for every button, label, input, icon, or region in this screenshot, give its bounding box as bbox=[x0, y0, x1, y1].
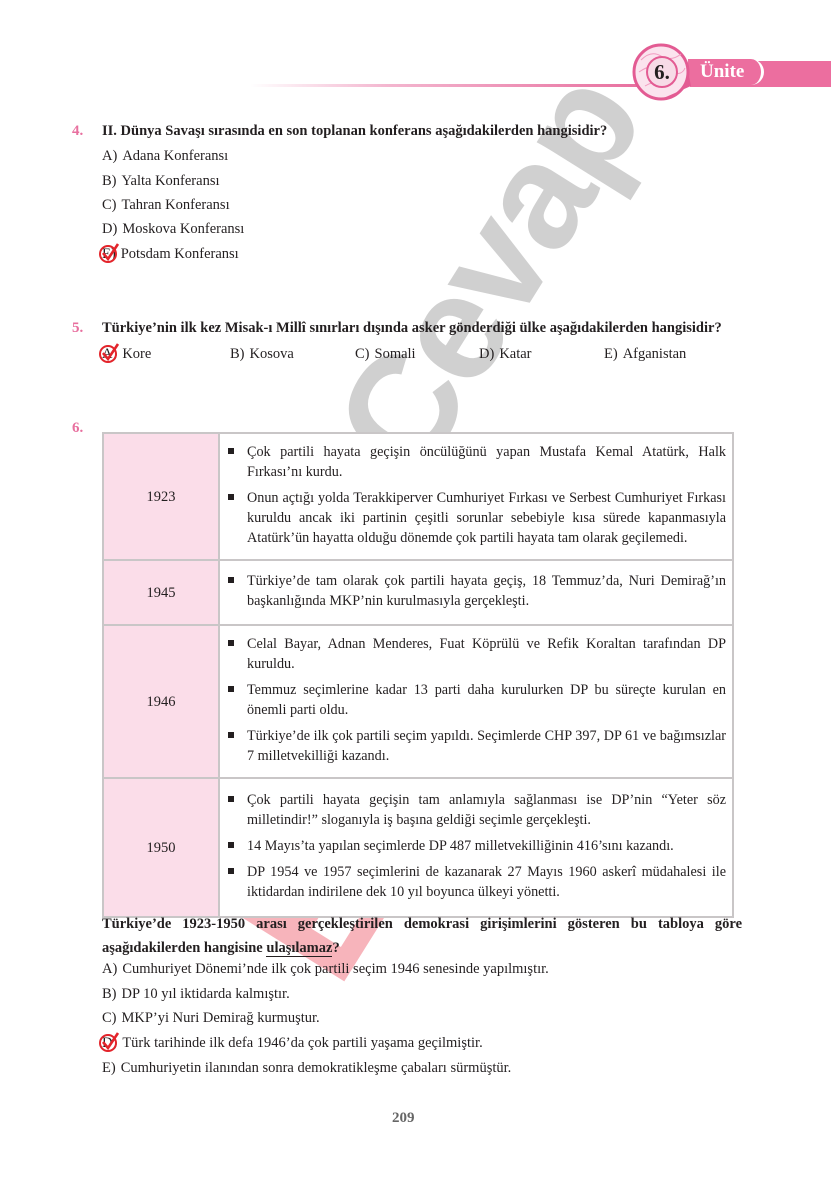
option-c[interactable]: C)Tahran Konferansı bbox=[102, 197, 230, 214]
list-item: DP 1954 ve 1957 seçimlerini de kazanarak… bbox=[228, 862, 726, 902]
list-item: 14 Mayıs’ta yapılan seçimlerde DP 487 mi… bbox=[228, 836, 726, 856]
question-text: II. Dünya Savaşı sırasında en son toplan… bbox=[102, 123, 607, 140]
list-item: Türkiye’de ilk çok partili seçim yapıldı… bbox=[228, 726, 726, 766]
option-c[interactable]: C)MKP’yi Nuri Demirağ kurmuştur. bbox=[102, 1010, 320, 1027]
question-number: 4. bbox=[72, 123, 83, 140]
option-d[interactable]: D)Moskova Konferansı bbox=[102, 221, 244, 238]
description-cell: Çok partili hayata geçişin tam anlamıyla… bbox=[219, 778, 733, 917]
table-row: 1923 Çok partili hayata geçişin öncülüğü… bbox=[103, 433, 733, 560]
option-b[interactable]: B)Kosova bbox=[230, 346, 294, 363]
checkmark-icon bbox=[99, 243, 120, 264]
question-text: Türkiye’de 1923-1950 arası gerçekleştiri… bbox=[102, 912, 742, 960]
democracy-timeline-table: 1923 Çok partili hayata geçişin öncülüğü… bbox=[102, 432, 734, 918]
question-number: 6. bbox=[72, 420, 83, 437]
description-cell: Türkiye’de tam olarak çok partili hayata… bbox=[219, 560, 733, 625]
year-cell: 1945 bbox=[103, 560, 219, 625]
list-item: Çok partili hayata geçişin tam anlamıyla… bbox=[228, 790, 726, 830]
option-b[interactable]: B)Yalta Konferansı bbox=[102, 173, 220, 190]
unit-number: 6. bbox=[646, 56, 678, 88]
list-item: Onun açtığı yolda Terakkiperver Cumhuriy… bbox=[228, 488, 726, 548]
description-cell: Çok partili hayata geçişin öncülüğünü ya… bbox=[219, 433, 733, 560]
option-a[interactable]: A)Cumhuriyet Dönemi’nde ilk çok partili … bbox=[102, 961, 549, 978]
emphasis-underline: ulaşılamaz bbox=[266, 940, 332, 957]
checkmark-icon bbox=[99, 1032, 120, 1053]
year-cell: 1950 bbox=[103, 778, 219, 917]
option-d[interactable]: D)Katar bbox=[479, 346, 532, 363]
option-d[interactable]: D)Türk tarihinde ilk defa 1946’da çok pa… bbox=[102, 1035, 483, 1052]
option-e[interactable]: E)Potsdam Konferansı bbox=[102, 246, 239, 263]
option-c[interactable]: C)Somali bbox=[355, 346, 416, 363]
list-item: Celal Bayar, Adnan Menderes, Fuat Köprül… bbox=[228, 634, 726, 674]
year-cell: 1946 bbox=[103, 625, 219, 778]
option-b[interactable]: B)DP 10 yıl iktidarda kalmıştır. bbox=[102, 986, 290, 1003]
question-number: 5. bbox=[72, 320, 83, 337]
checkmark-icon bbox=[99, 343, 120, 364]
table-row: 1945 Türkiye’de tam olarak çok partili h… bbox=[103, 560, 733, 625]
page-number: 209 bbox=[392, 1110, 415, 1127]
unit-label: Ünite bbox=[688, 59, 764, 85]
option-e[interactable]: E)Cumhuriyetin ilanından sonra demokrati… bbox=[102, 1060, 511, 1077]
list-item: Temmuz seçimlerine kadar 13 parti daha k… bbox=[228, 680, 726, 720]
list-item: Çok partili hayata geçişin öncülüğünü ya… bbox=[228, 442, 726, 482]
option-a[interactable]: A)Adana Konferansı bbox=[102, 148, 228, 165]
table-row: 1946 Celal Bayar, Adnan Menderes, Fuat K… bbox=[103, 625, 733, 778]
list-item: Türkiye’de tam olarak çok partili hayata… bbox=[228, 571, 726, 611]
question-text: Türkiye’nin ilk kez Misak-ı Millî sınırl… bbox=[102, 320, 722, 337]
header-rule bbox=[250, 84, 640, 87]
table-row: 1950 Çok partili hayata geçişin tam anla… bbox=[103, 778, 733, 917]
option-e[interactable]: E)Afganistan bbox=[604, 346, 686, 363]
option-a[interactable]: A)Kore bbox=[102, 346, 151, 363]
description-cell: Celal Bayar, Adnan Menderes, Fuat Köprül… bbox=[219, 625, 733, 778]
year-cell: 1923 bbox=[103, 433, 219, 560]
